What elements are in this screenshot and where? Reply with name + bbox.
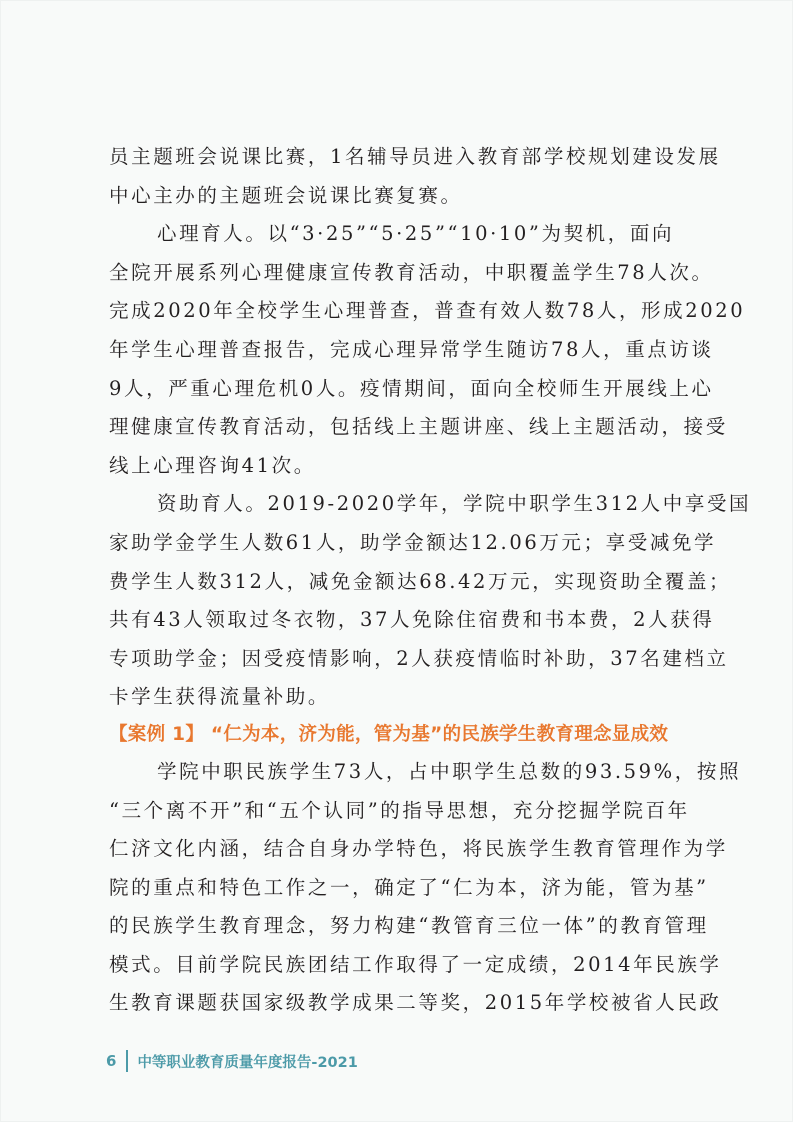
text-line: 线上心理咨询41次。 [109,447,695,486]
text-line: 理健康宣传教育活动，包括线上主题讲座、线上主题活动，接受 [109,408,695,447]
text-line: 共有43人领取过冬衣物，37人免除住宿费和书本费，2人获得 [109,601,695,640]
text-line: “三个离不开”和“五个认同”的指导思想，充分挖掘学院百年 [109,792,695,831]
text-line: 家助学金学生人数61人，助学金额达12.06万元；享受减免学 [109,524,695,563]
text-line: 中心主办的主题班会说课比赛复赛。 [109,177,695,216]
paragraph-psychology-start: 心理育人。以“3·25”“5·25”“10·10”为契机，面向 [109,215,695,254]
report-title: 中等职业教育质量年度报告-2021 [137,1051,357,1072]
text-line: 专项助学金；因受疫情影响，2人获疫情临时补助，37名建档立 [109,640,695,679]
paragraph-funding-start: 资助育人。2019-2020学年，学院中职学生312人中享受国 [109,485,695,524]
document-page: 员主题班会说课比赛，1名辅导员进入教育部学校规划建设发展 中心主办的主题班会说课… [0,0,793,1122]
text-line: 生教育课题获国家级教学成果二等奖，2015年学校被省人民政 [109,984,695,1023]
case-heading: 【案例 1】 “仁为本，济为能，管为基”的民族学生教育理念显成效 [109,717,695,753]
text-line: 9人，严重心理危机0人。疫情期间，面向全校师生开展线上心 [109,370,695,409]
case-title: “仁为本，济为能，管为基”的民族学生教育理念显成效 [211,724,668,745]
footer-divider [126,1050,128,1072]
text-line: 模式。目前学院民族团结工作取得了一定成绩，2014年民族学 [109,946,695,985]
page-number: 6 [106,1052,116,1070]
text-line: 员主题班会说课比赛，1名辅导员进入教育部学校规划建设发展 [109,138,695,177]
paragraph-case-start: 学院中职民族学生73人，占中职学生总数的93.59%，按照 [109,753,695,792]
text-line: 年学生心理普查报告，完成心理异常学生随访78人，重点访谈 [109,331,695,370]
page-footer: 6 中等职业教育质量年度报告-2021 [106,1050,358,1072]
text-line: 完成2020年全校学生心理普查，普查有效人数78人，形成2020 [109,292,695,331]
body-text: 员主题班会说课比赛，1名辅导员进入教育部学校规划建设发展 中心主办的主题班会说课… [109,138,695,1023]
text-line: 卡学生获得流量补助。 [109,678,695,717]
text-line: 费学生人数312人，减免金额达68.42万元，实现资助全覆盖； [109,563,695,602]
text-line: 院的重点和特色工作之一，确定了“仁为本，济为能，管为基” [109,869,695,908]
text-line: 仁济文化内涵，结合自身办学特色，将民族学生教育管理作为学 [109,830,695,869]
case-label: 【案例 1】 [109,724,204,745]
text-line: 全院开展系列心理健康宣传教育活动，中职覆盖学生78人次。 [109,254,695,293]
text-line: 的民族学生教育理念，努力构建“教管育三位一体”的教育管理 [109,907,695,946]
